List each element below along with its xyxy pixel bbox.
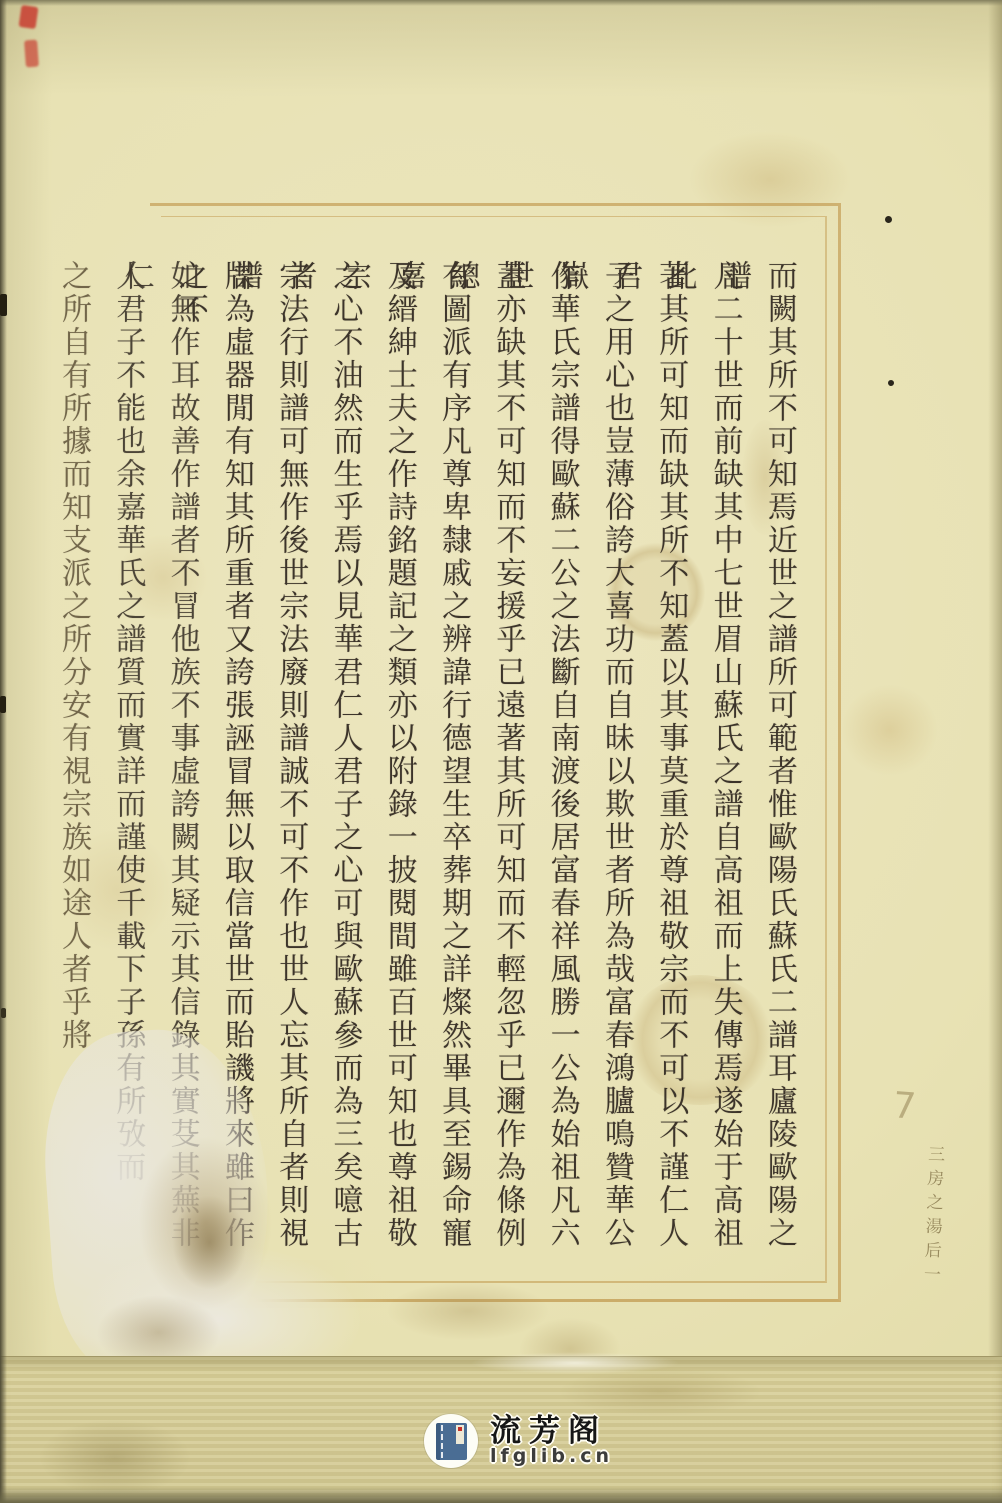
text-column: 之心不油然而生乎焉以見華君仁人君子之心可與歐蘇參而為三矣噫古者 bbox=[321, 260, 367, 1270]
red-seal-fragment bbox=[24, 40, 39, 68]
edge-mark bbox=[1, 1008, 6, 1018]
scan-left-edge bbox=[0, 0, 7, 1503]
text-column: 而闕其所不可知焉近世之譜所可範者惟歐陽氏蘇氏二譜耳廬陵歐陽之譜 bbox=[756, 260, 802, 1270]
edge-mark bbox=[0, 294, 7, 316]
ink-speck bbox=[885, 216, 892, 223]
edge-mark bbox=[0, 696, 6, 713]
text-column: 宗法行則譜可無作後世宗法廢則譜誠不可不作也世人忘其所自者則視譜 bbox=[267, 260, 313, 1270]
book-title-label bbox=[456, 1425, 464, 1444]
scanned-genealogy-page: 而闕其所不可知焉近世之譜所可範者惟歐陽氏蘇氏二譜耳廬陵歐陽之譜 凡二十世而前缺其… bbox=[0, 0, 1002, 1503]
text-column: 蓋亦缺其不可知而不妄援乎已遠著其所可知而不輕忽乎已邇作為條例總 bbox=[484, 260, 530, 1270]
watermark-site-url: lfglib.cn bbox=[490, 1447, 613, 1467]
text-column: 有圖派有序凡尊卑隸戚之辨諱行德望生卒葬期之詳燦然畢具至錫命寵嘉 bbox=[430, 260, 476, 1270]
book-icon bbox=[424, 1414, 478, 1468]
red-seal-fragment bbox=[19, 5, 39, 29]
margin-note: 三房之湯后一 bbox=[917, 1145, 947, 1290]
watermark: 流芳阁 lfglib.cn bbox=[424, 1414, 613, 1468]
text-column: 作華氏宗譜得歐蘇二公之法斷自南渡後居富春祥風勝一公為始祖凡六世 bbox=[539, 260, 585, 1270]
watermark-site-name: 流芳阁 bbox=[490, 1415, 613, 1448]
scan-bottom-edge bbox=[0, 1487, 1002, 1503]
text-column: 著其所可知而缺其所不知蓋以其事莫重於尊祖敬宗而不可以不謹仁人君 bbox=[647, 260, 693, 1270]
paper-top-shading bbox=[0, 0, 1002, 96]
scan-top-edge bbox=[0, 0, 1002, 6]
text-column: 凡二十世而前缺其中七世眉山蘇氏之譜自高祖而上失傳焉遂始于高祖此 bbox=[702, 260, 748, 1270]
ink-speck bbox=[888, 380, 894, 386]
watermark-text: 流芳阁 lfglib.cn bbox=[490, 1415, 613, 1467]
stitched-book-icon bbox=[436, 1423, 467, 1460]
stain-blot bbox=[172, 1195, 247, 1290]
paper-right-shadow bbox=[988, 0, 1002, 1503]
paper-left-shading bbox=[0, 0, 52, 1503]
text-column: 及縉紳士夫之作詩銘題記之類亦以附錄一披閱間雖百世可知也尊祖敬宗 bbox=[376, 260, 422, 1270]
text-column: 子之用心也豈薄俗誇大喜功而自昧以欺世者所為哉富春鴻臚鳴贊華公嶽 bbox=[593, 260, 639, 1270]
sheet-edge-highlight bbox=[470, 1352, 680, 1374]
pencil-page-number: 7 bbox=[892, 1085, 918, 1127]
